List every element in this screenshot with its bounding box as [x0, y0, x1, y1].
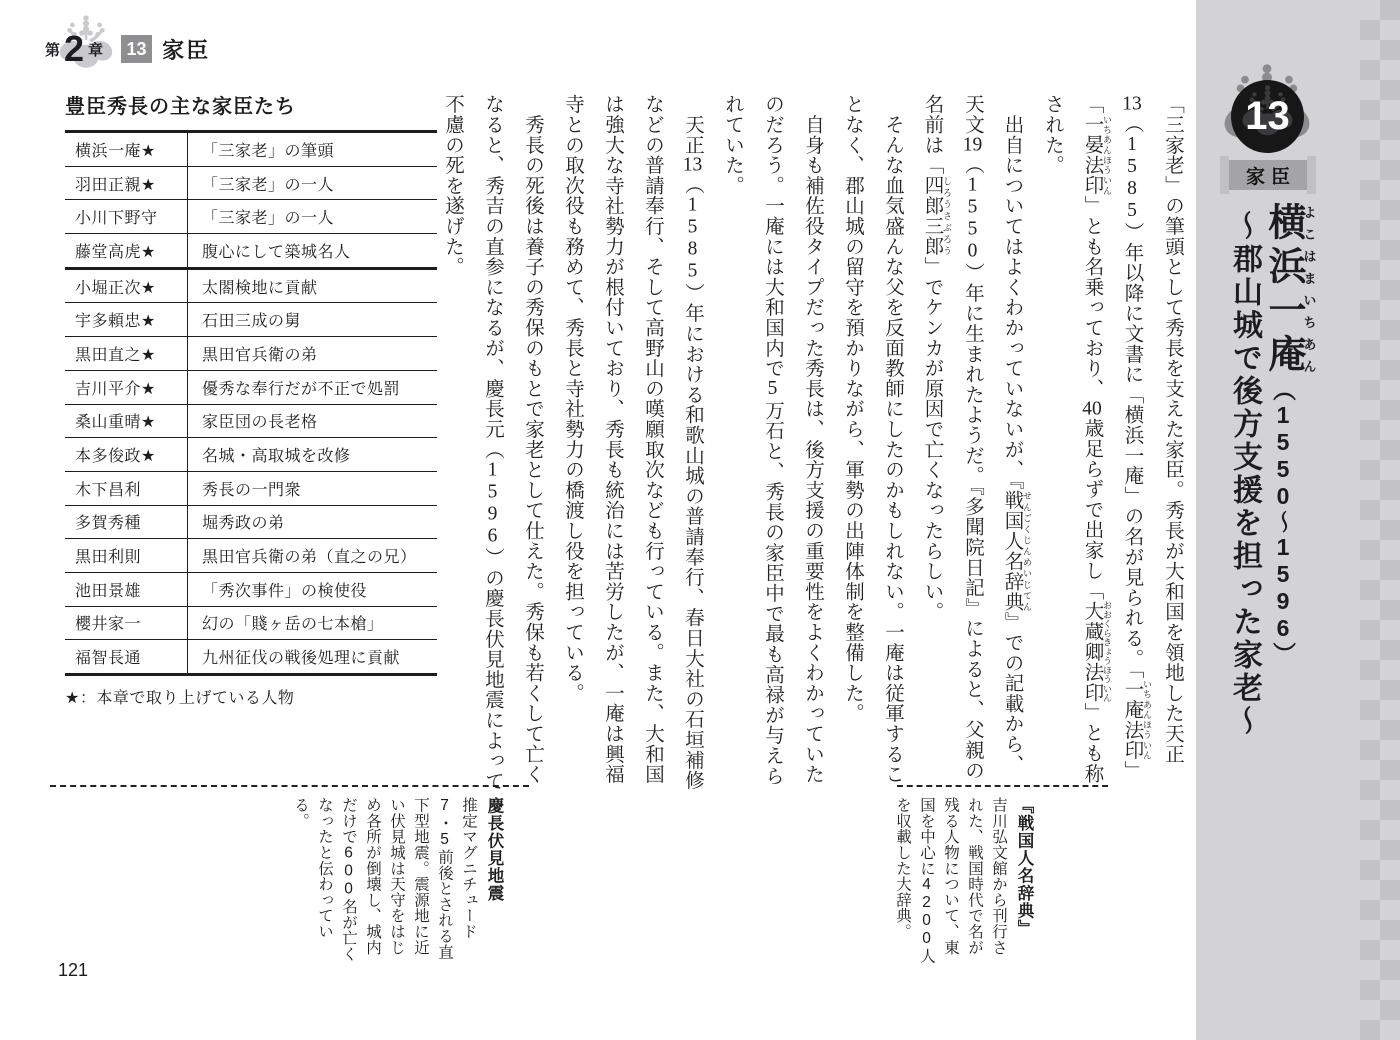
- footnote-keicho-fushimi-earthquake: 慶長伏見地震 推定マグニチュード7・5前後とされる直下型地震。震源地に近い伏見城…: [308, 797, 507, 969]
- table-row: 櫻井家一幻の「賤ヶ岳の七本槍」: [65, 607, 437, 641]
- chapter-number: 2: [64, 31, 84, 67]
- body-text-column: 13（1585）年以降に文書に「横浜一庵」の名が見られる。「一庵法印いちあんほう…: [1112, 94, 1152, 800]
- section-number-badge: 13: [121, 35, 152, 63]
- table-row: 黒田直之★黒田官兵衛の弟: [65, 337, 437, 371]
- table-row: 黒田利則黒田官兵衛の弟（直之の兄）: [65, 539, 437, 573]
- page-number: 121: [58, 960, 88, 981]
- table-row: 桑山重晴★家臣団の長老格: [65, 405, 437, 439]
- body-text-column: 寺との取次役も務めて、秀長と寺社勢力の橋渡し役を担っている。: [552, 94, 592, 800]
- retainer-name: 池田景雄: [65, 573, 188, 606]
- chapter-suffix: 章: [88, 39, 103, 60]
- retainer-description: 家臣団の長老格: [188, 405, 437, 438]
- title-years: （1550～1596）: [1270, 378, 1296, 666]
- chapter-prefix: 第: [45, 39, 60, 60]
- table-row: 藤堂高虎★腹心にして築城名人: [65, 234, 437, 270]
- retainer-description: 黒田官兵衛の弟（直之の兄）: [188, 539, 437, 572]
- retainer-description: 石田三成の舅: [188, 303, 437, 336]
- table-row: 多賀秀種堀秀政の弟: [65, 506, 437, 540]
- body-text-column: 不慮の死を遂げた。: [432, 94, 472, 800]
- table-row: 小川下野守「三家老」の一人: [65, 200, 437, 234]
- body-text-column: なると、秀吉の直参になるが、慶長元（1596）の慶長伏見地震によって: [472, 94, 512, 800]
- table-row: 羽田正親★「三家老」の一人: [65, 167, 437, 201]
- retainer-name: 黒田利則: [65, 539, 188, 572]
- section-label: 家臣: [162, 34, 210, 65]
- table-row: 宇多頼忠★石田三成の舅: [65, 303, 437, 337]
- footnote-body: 推定マグニチュード7・5前後とされる直下型地震。震源地に近い伏見城は天守をはじめ…: [288, 797, 480, 969]
- body-text-column: 天文19（1550）年に生まれたようだ。『多聞院日記』によると、父親の: [952, 94, 992, 800]
- footnote-body: 吉川弘文館から刊行された、戦国時代で名が残る人物について、東国を中心に4200人…: [890, 797, 1010, 969]
- retainer-description: 腹心にして築城名人: [188, 234, 437, 267]
- body-text-column: 「三家老」の筆頭として秀長を支えた家臣。秀長が大和国を領地した天正: [1152, 94, 1192, 800]
- retainer-name: 櫻井家一: [65, 607, 188, 640]
- retainer-description: 「三家老」の一人: [188, 167, 437, 200]
- table-row: 池田景雄「秀次事件」の検使役: [65, 573, 437, 607]
- retainer-description: 太閤検地に貢献: [188, 270, 437, 303]
- body-text-column: のだろう。一庵には大和国内で5万石と、秀長の家臣中で最も高禄が与えら: [752, 94, 792, 800]
- retainer-table: 横浜一庵★「三家老」の筆頭羽田正親★「三家老」の一人小川下野守「三家老」の一人藤…: [65, 130, 437, 676]
- body-text-column: れていた。: [712, 94, 752, 800]
- title-name: 横浜一庵よこはまいちあん: [1262, 202, 1304, 378]
- category-box: 家臣: [1222, 160, 1314, 190]
- retainer-name: 吉川平介★: [65, 371, 188, 404]
- retainer-description: 幻の「賤ヶ岳の七本槍」: [188, 607, 437, 640]
- article-subtitle: ～郡山城で後方支援を担った家老～: [1222, 210, 1266, 990]
- dashed-divider: [50, 785, 529, 787]
- body-text-column: 天正13（1585）年における和歌山城の普請奉行、春日大社の石垣補修: [672, 94, 712, 800]
- table-row: 横浜一庵★「三家老」の筆頭: [65, 133, 437, 167]
- body-text-column: などの普請奉行、そして高野山の嘆願取次なども行っている。また、大和国: [632, 94, 672, 800]
- checker-pattern: [1360, 0, 1400, 1040]
- body-text-column: 出自についてはよくわかっていないが、『戦国人名辞典せんごくじんめいじてん』での記…: [992, 94, 1032, 800]
- section-number: 13: [1245, 94, 1290, 139]
- retainer-name: 福智長通: [65, 640, 188, 673]
- retainer-description: 九州征伐の戦後処理に貢献: [188, 640, 437, 673]
- book-page: 第 2 章 13 家臣 豊臣秀長の主な家臣たち 横浜一庵★「三家老」の筆頭羽田正…: [0, 0, 1400, 1040]
- dashed-divider: [897, 785, 1108, 787]
- table-row: 吉川平介★優秀な奉行だが不正で処罰: [65, 371, 437, 405]
- footnote-title: 『戦国人名辞典』: [1010, 797, 1037, 969]
- body-text-column: された。: [1032, 94, 1072, 800]
- retainer-description: 秀長の一門衆: [188, 472, 437, 505]
- retainer-name: 宇多頼忠★: [65, 303, 188, 336]
- retainer-description: 堀秀政の弟: [188, 506, 437, 539]
- retainer-description: 「三家老」の筆頭: [188, 133, 437, 166]
- retainer-name: 本多俊政★: [65, 438, 188, 471]
- chapter-header: 第 2 章 13 家臣: [45, 26, 210, 72]
- body-text-column: 「一晏法印いちあんほういん」とも名乗っており、40歳足らずで出家し「大蔵卿法印お…: [1072, 94, 1112, 800]
- retainer-name: 多賀秀種: [65, 506, 188, 539]
- retainer-name: 小堀正次★: [65, 270, 188, 303]
- body-text-column: となく、郡山城の留守を預かりながら、軍勢の出陣体制を整備した。: [832, 94, 872, 800]
- retainer-name: 藤堂高虎★: [65, 234, 188, 267]
- table-row: 本多俊政★名城・高取城を改修: [65, 438, 437, 472]
- retainer-table-block: 豊臣秀長の主な家臣たち 横浜一庵★「三家老」の筆頭羽田正親★「三家老」の一人小川…: [65, 90, 437, 708]
- retainer-name: 桑山重晴★: [65, 405, 188, 438]
- retainer-name: 小川下野守: [65, 200, 188, 233]
- footnote-sengoku-jinmei-jiten: 『戦国人名辞典』 吉川弘文館から刊行された、戦国時代で名が残る人物について、東国…: [875, 797, 1037, 969]
- table-title: 豊臣秀長の主な家臣たち: [65, 90, 437, 119]
- retainer-description: 優秀な奉行だが不正で処罰: [188, 371, 437, 404]
- table-row: 木下昌利秀長の一門衆: [65, 472, 437, 506]
- body-text-column: 名前は「四郎三郎しろうさぶろう」でケンカが原因で亡くなったらしい。: [912, 94, 952, 800]
- footnote-title: 慶長伏見地震: [480, 797, 507, 969]
- retainer-name: 横浜一庵★: [65, 133, 188, 166]
- retainer-name: 木下昌利: [65, 472, 188, 505]
- retainer-description: 「三家老」の一人: [188, 200, 437, 233]
- table-row: 福智長通九州征伐の戦後処理に貢献: [65, 640, 437, 673]
- retainer-name: 羽田正親★: [65, 167, 188, 200]
- section-number-circle: 13: [1231, 80, 1304, 153]
- table-footnote: ★：本章で取り上げている人物: [65, 685, 437, 708]
- main-body-text: 「三家老」の筆頭として秀長を支えた家臣。秀長が大和国を領地した天正13（1585…: [432, 94, 1192, 806]
- body-text-column: 自身も補佐役タイプだった秀長は、後方支援の重要性をよくわかっていた: [792, 94, 832, 800]
- retainer-description: 「秀次事件」の検使役: [188, 573, 437, 606]
- retainer-description: 黒田官兵衛の弟: [188, 337, 437, 370]
- retainer-name: 黒田直之★: [65, 337, 188, 370]
- body-text-column: は強大な寺社勢力が根付いており、秀長も統治には苦労したが、一庵は興福: [592, 94, 632, 800]
- table-row: 小堀正次★太閤検地に貢献: [65, 270, 437, 304]
- retainer-description: 名城・高取城を改修: [188, 438, 437, 471]
- body-text-column: 秀長の死後は養子の秀保のもとで家老として仕えた。秀保も若くして亡く: [512, 94, 552, 800]
- body-text-column: そんな血気盛んな父を反面教師にしたのかもしれない。一庵は従軍するこ: [872, 94, 912, 800]
